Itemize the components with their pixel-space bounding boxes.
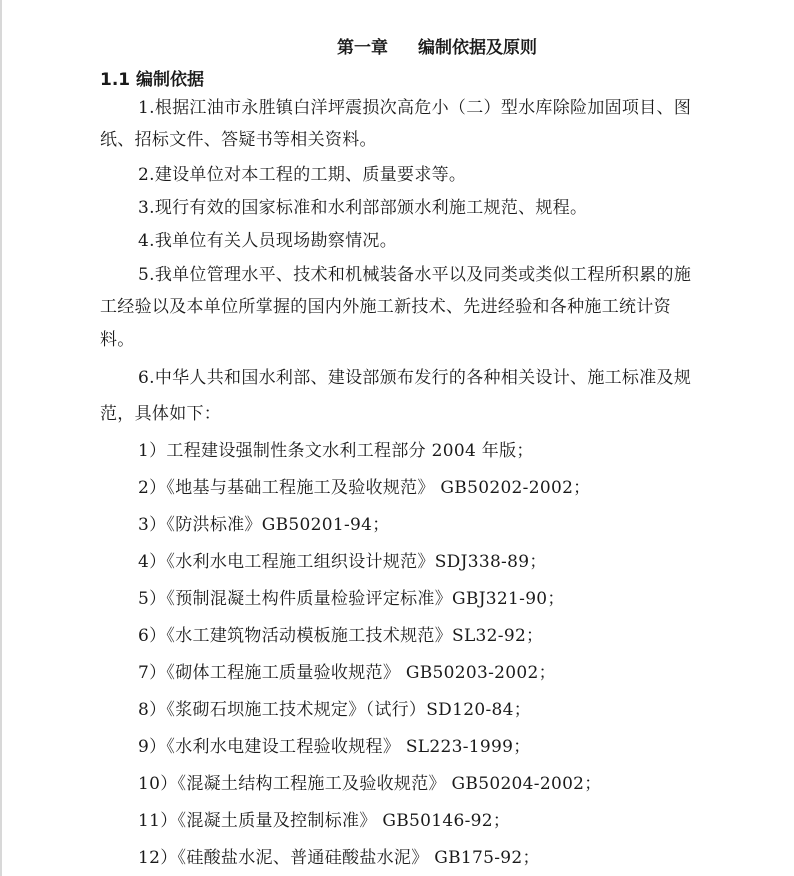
chapter-number: 第一章 [337, 38, 388, 58]
paragraph-1-line-1: 1.根据江油市永胜镇白洋坪震损次高危小（二）型水库除险加固项目、图 [138, 98, 691, 118]
paragraph-2: 2.建设单位对本工程的工期、质量要求等。 [138, 165, 466, 185]
paragraph-3: 3.现行有效的国家标准和水利部部颁水利施工规范、规程。 [138, 198, 587, 218]
reference-item: 8）《浆砌石坝施工技术规定》（试行）SD120-84； [138, 700, 531, 720]
paragraph-1-line-2: 纸、招标文件、答疑书等相关资料。 [100, 130, 377, 150]
page-edge [0, 0, 2, 876]
reference-item: 5）《预制混凝土构件质量检验评定标准》GBJ321-90； [138, 589, 565, 609]
reference-item: 6）《水工建筑物活动模板施工技术规范》SL32-92； [138, 626, 543, 646]
reference-item: 2）《地基与基础工程施工及验收规范》 GB50202-2002； [138, 478, 590, 498]
reference-item: 1）工程建设强制性条文水利工程部分 2004 年版； [138, 441, 534, 461]
chapter-title: 第一章编制依据及原则 [0, 33, 794, 58]
chapter-name: 编制依据及原则 [418, 38, 537, 58]
paragraph-5-line-1: 5.我单位管理水平、技术和机械装备水平以及同类或类似工程所积累的施 [138, 265, 691, 285]
paragraph-4: 4.我单位有关人员现场勘察情况。 [138, 231, 397, 251]
reference-item: 9）《水利水电建设工程验收规程》 SL223-1999； [138, 737, 531, 757]
paragraph-5-line-2: 工经验以及本单位所掌握的国内外施工新技术、先进经验和各种施工统计资 [100, 297, 671, 317]
paragraph-5-line-3: 料。 [100, 330, 135, 350]
paragraph-6-line-1: 6.中华人共和国水利部、建设部颁布发行的各种相关设计、施工标准及规 [138, 368, 691, 388]
reference-item: 3）《防洪标准》GB50201-94； [138, 515, 390, 535]
reference-item: 4）《水利水电工程施工组织设计规范》SDJ338-89； [138, 552, 547, 572]
reference-item: 7）《砌体工程施工质量验收规范》 GB50203-2002； [138, 663, 556, 683]
reference-item: 12）《硅酸盐水泥、普通硅酸盐水泥》 GB175-92； [138, 848, 540, 868]
reference-item: 11）《混凝土质量及控制标准》 GB50146-92； [138, 811, 510, 831]
paragraph-6-line-2: 范，具体如下： [100, 404, 221, 424]
reference-item: 10）《混凝土结构工程施工及验收规范》 GB50204-2002； [138, 774, 602, 794]
section-heading: 1.1 编制依据 [100, 65, 204, 90]
